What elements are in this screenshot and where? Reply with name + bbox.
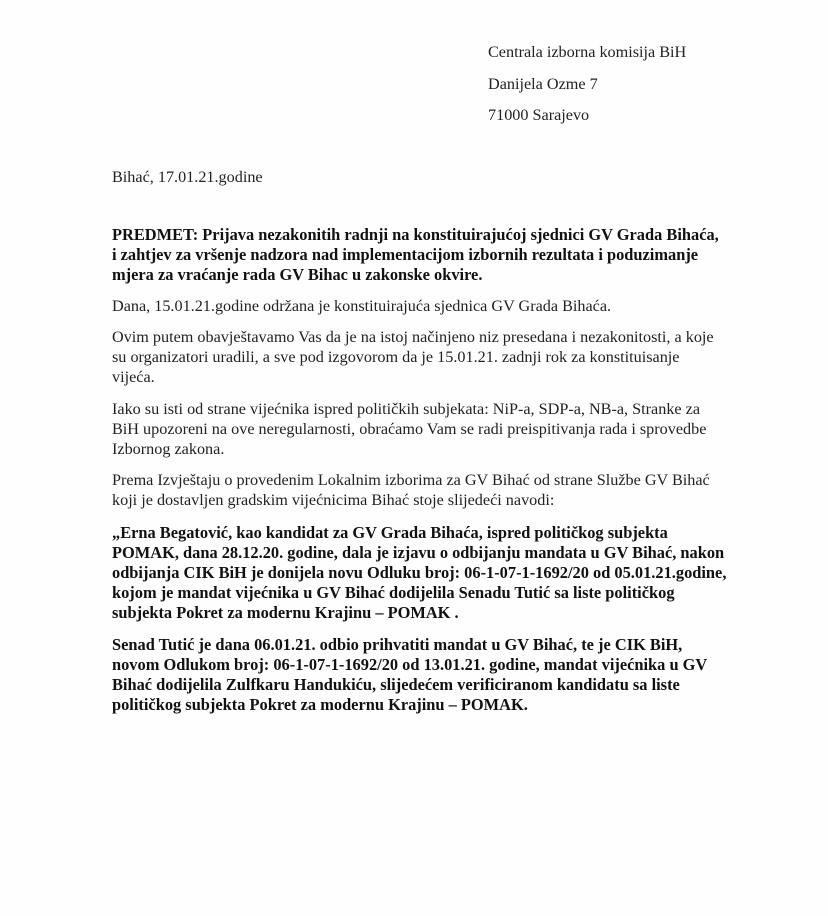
paragraph-4-line-2: koji je dostavljen gradskim vijećnicima … xyxy=(112,491,554,510)
paragraph-2-line-3: vijeća. xyxy=(112,368,155,387)
subject-line-3: mjera za vraćanje rada GV Bihac u zakons… xyxy=(112,265,482,284)
quote-2-line-1: Senad Tutić je dana 06.01.21. odbio prih… xyxy=(112,635,682,654)
paragraph-1-line-1: Dana, 15.01.21.godine održana je konstit… xyxy=(112,297,611,316)
subject-line-1: PREDMET: Prijava nezakonitih radnji na k… xyxy=(112,225,719,244)
quote-1-line-5: subjekta Pokret za modernu Krajinu – POM… xyxy=(112,603,459,622)
paragraph-3-line-1: Iako su isti od strane vijećnika ispred … xyxy=(112,400,700,419)
paragraph-4-line-1: Prema Izvještaju o provedenim Lokalnim i… xyxy=(112,471,710,490)
quote-2-line-3: Bihać dodijelila Zulfkaru Handukiću, sli… xyxy=(112,675,680,694)
recipient-city: 71000 Sarajevo xyxy=(488,106,589,125)
quote-1-line-1: „Erna Begatović, kao kandidat za GV Grad… xyxy=(112,523,668,542)
quote-1-line-4: kojom je mandat vijećnika u GV Bihać dod… xyxy=(112,583,675,602)
recipient-street: Danijela Ozme 7 xyxy=(488,75,598,94)
recipient-name: Centrala izborna komisija BiH xyxy=(488,43,686,62)
quote-2-line-2: novom Odlukom broj: 06-1-07-1-1692/20 od… xyxy=(112,655,707,674)
paragraph-2-line-1: Ovim putem obavještavamo Vas da je na is… xyxy=(112,328,714,347)
paragraph-3-line-2: BiH upozoreni na ove neregularnosti, obr… xyxy=(112,420,706,439)
place-date: Bihać, 17.01.21.godine xyxy=(112,168,263,187)
paragraph-2-line-2: su organizatori uradili, a sve pod izgov… xyxy=(112,348,679,367)
paragraph-3-line-3: Izbornog zakona. xyxy=(112,440,224,459)
letter-page: Centrala izborna komisija BiH Danijela O… xyxy=(0,0,828,916)
subject-line-2: i zahtjev za vršenje nadzora nad impleme… xyxy=(112,245,698,264)
quote-1-line-3: odbijanja CIK BiH je donijela novu Odluk… xyxy=(112,563,726,582)
quote-1-line-2: POMAK, dana 28.12.20. godine, dala je iz… xyxy=(112,543,724,562)
quote-2-line-4: političkog subjekta Pokret za modernu Kr… xyxy=(112,695,528,714)
